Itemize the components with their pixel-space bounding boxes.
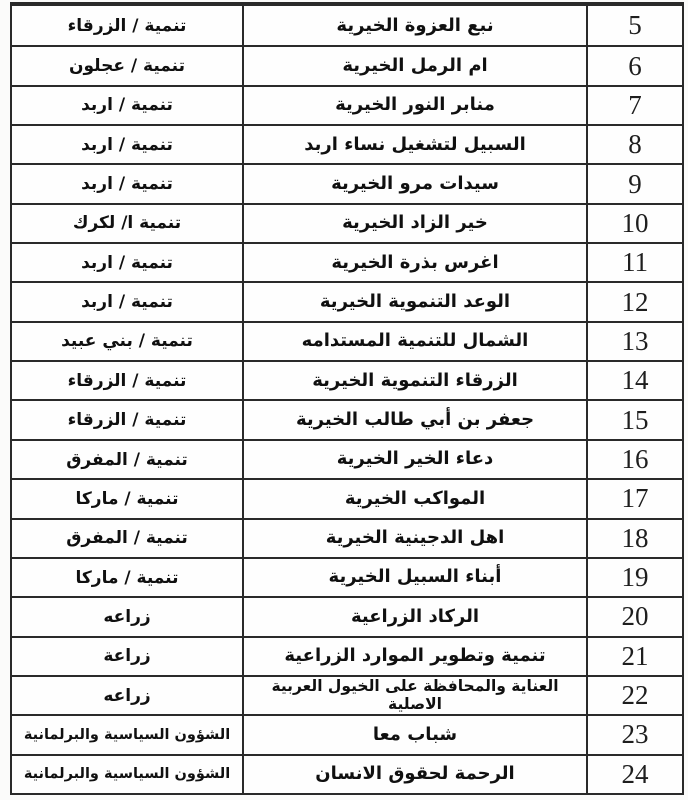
table-row: تنمية / بني عبيد الشمال للتنمية المستدام…: [12, 321, 682, 360]
row-number-cell: 7: [588, 87, 682, 124]
table-row: تنمية / اربد اغرس بذرة الخيرية 11: [12, 242, 682, 281]
row-number-cell: 22: [588, 677, 682, 714]
table-row: زراعه الركاد الزراعية 20: [12, 596, 682, 635]
table-row: تنمية / المفرق دعاء الخير الخيرية 16: [12, 439, 682, 478]
row-number-cell: 17: [588, 480, 682, 517]
row-number-cell: 11: [588, 244, 682, 281]
organization-name-cell: اغرس بذرة الخيرية: [242, 244, 588, 281]
organization-name-cell: تنمية وتطوير الموارد الزراعية: [242, 638, 588, 675]
category-cell: تنمية / اربد: [12, 283, 242, 320]
category-cell: تنمية / ماركا: [12, 559, 242, 596]
row-number-cell: 6: [588, 47, 682, 84]
category-cell: زراعه: [12, 677, 242, 714]
table-row: تنمية / المفرق اهل الدجينية الخيرية 18: [12, 518, 682, 557]
organization-name-cell: سيدات مرو الخيرية: [242, 165, 588, 202]
organization-name-cell: أبناء السبيل الخيرية: [242, 559, 588, 596]
organization-name-cell: الرحمة لحقوق الانسان: [242, 756, 588, 793]
table-row: تنمية / الزرقاء جعفر بن أبي طالب الخيرية…: [12, 399, 682, 438]
organization-name-cell: خير الزاد الخيرية: [242, 205, 588, 242]
organization-name-cell: اهل الدجينية الخيرية: [242, 520, 588, 557]
row-number-cell: 18: [588, 520, 682, 557]
organization-name-cell: نبع العزوة الخيرية: [242, 6, 588, 45]
organization-name-cell: الركاد الزراعية: [242, 598, 588, 635]
category-cell: تنمية ا/ لكرك: [12, 205, 242, 242]
category-cell: تنمية / ماركا: [12, 480, 242, 517]
table-row: تنمية / ماركا المواكب الخيرية 17: [12, 478, 682, 517]
row-number-cell: 24: [588, 756, 682, 793]
table-row: تنمية / اربد الوعد التنموية الخيرية 12: [12, 281, 682, 320]
row-number-cell: 13: [588, 323, 682, 360]
table-row: الشؤون السياسية والبرلمانية شباب معا 23: [12, 714, 682, 753]
organization-name-cell: شباب معا: [242, 716, 588, 753]
category-cell: تنمية / اربد: [12, 87, 242, 124]
organization-name-cell: ام الرمل الخيرية: [242, 47, 588, 84]
table-row: تنمية / اربد السبيل لتشغيل نساء اربد 8: [12, 124, 682, 163]
table-row: تنمية / اربد منابر النور الخيرية 7: [12, 85, 682, 124]
row-number-cell: 16: [588, 441, 682, 478]
row-number-cell: 5: [588, 6, 682, 45]
category-cell: تنمية / عجلون: [12, 47, 242, 84]
category-cell: الشؤون السياسية والبرلمانية: [12, 716, 242, 753]
organization-name-cell: دعاء الخير الخيرية: [242, 441, 588, 478]
table-row: الشؤون السياسية والبرلمانية الرحمة لحقوق…: [12, 754, 682, 793]
row-number-cell: 19: [588, 559, 682, 596]
category-cell: تنمية / اربد: [12, 126, 242, 163]
row-number-cell: 12: [588, 283, 682, 320]
table-row: زراعة تنمية وتطوير الموارد الزراعية 21: [12, 636, 682, 675]
table-row: تنمية / الزرقاء الزرقاء التنموية الخيرية…: [12, 360, 682, 399]
table-row: تنمية ا/ لكرك خير الزاد الخيرية 10: [12, 203, 682, 242]
category-cell: تنمية / المفرق: [12, 441, 242, 478]
organization-name-cell: السبيل لتشغيل نساء اربد: [242, 126, 588, 163]
category-cell: تنمية / الزرقاء: [12, 362, 242, 399]
table-row: تنمية / الزرقاء نبع العزوة الخيرية 5: [12, 6, 682, 45]
organization-name-cell: جعفر بن أبي طالب الخيرية: [242, 401, 588, 438]
organization-name-cell: منابر النور الخيرية: [242, 87, 588, 124]
category-cell: تنمية / اربد: [12, 244, 242, 281]
organization-name-cell: الزرقاء التنموية الخيرية: [242, 362, 588, 399]
category-cell: تنمية / اربد: [12, 165, 242, 202]
category-cell: زراعة: [12, 638, 242, 675]
category-cell: تنمية / بني عبيد: [12, 323, 242, 360]
category-cell: زراعه: [12, 598, 242, 635]
row-number-cell: 20: [588, 598, 682, 635]
row-number-cell: 23: [588, 716, 682, 753]
table-row: تنمية / اربد سيدات مرو الخيرية 9: [12, 163, 682, 202]
row-number-cell: 14: [588, 362, 682, 399]
table-row: تنمية / عجلون ام الرمل الخيرية 6: [12, 45, 682, 84]
organization-name-cell: المواكب الخيرية: [242, 480, 588, 517]
organization-name-cell: الوعد التنموية الخيرية: [242, 283, 588, 320]
category-cell: تنمية / المفرق: [12, 520, 242, 557]
row-number-cell: 9: [588, 165, 682, 202]
table-row: زراعه العناية والمحافظة على الخيول العرب…: [12, 675, 682, 714]
organization-name-cell: الشمال للتنمية المستدامه: [242, 323, 588, 360]
category-cell: تنمية / الزرقاء: [12, 401, 242, 438]
table-row: تنمية / ماركا أبناء السبيل الخيرية 19: [12, 557, 682, 596]
organization-name-cell: العناية والمحافظة على الخيول العربية الا…: [242, 677, 588, 714]
row-number-cell: 10: [588, 205, 682, 242]
row-number-cell: 8: [588, 126, 682, 163]
row-number-cell: 21: [588, 638, 682, 675]
row-number-cell: 15: [588, 401, 682, 438]
category-cell: الشؤون السياسية والبرلمانية: [12, 756, 242, 793]
category-cell: تنمية / الزرقاء: [12, 6, 242, 45]
organizations-table: تنمية / الزرقاء نبع العزوة الخيرية 5 تنم…: [10, 2, 684, 795]
